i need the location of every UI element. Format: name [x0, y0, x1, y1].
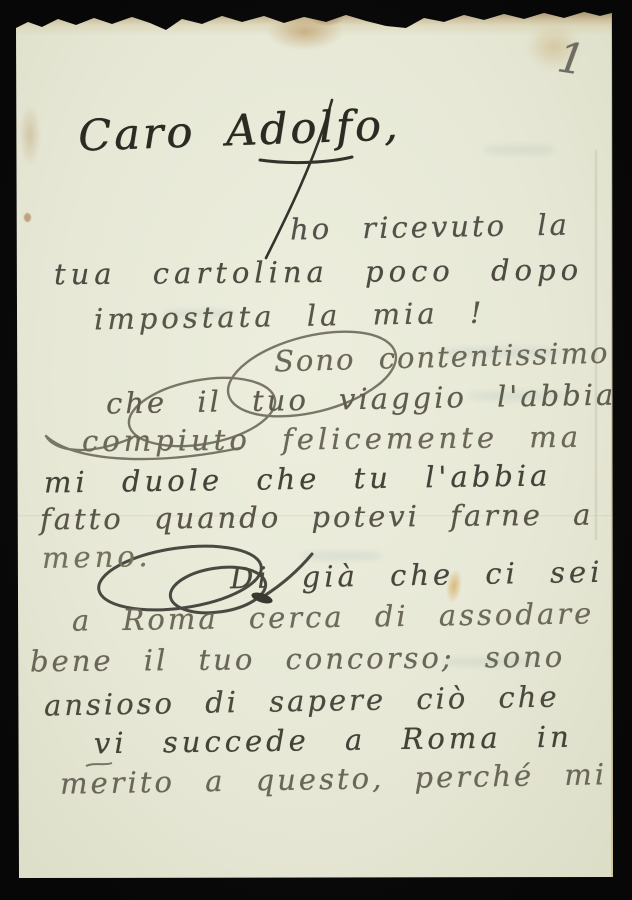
- letter-line: Di già che ci sei: [230, 555, 604, 596]
- letter-line: compiuto felicemente ma: [82, 420, 582, 458]
- letter-line: Sono contentissimo: [274, 336, 610, 379]
- letter-line: ho ricevuto la: [290, 208, 570, 247]
- letter-line: meno.: [42, 539, 152, 575]
- letter-line: vi succede a Roma in: [94, 720, 573, 761]
- letter-line: bene il tuo concorso; sono: [30, 640, 566, 679]
- letter-page: 1 Caro Adolfo, ho ricevuto latua cartoli…: [14, 10, 616, 880]
- photo-background: 1 Caro Adolfo, ho ricevuto latua cartoli…: [0, 0, 632, 900]
- letter-line: a Roma cerca di assodare: [72, 596, 595, 637]
- letter-line: tua cartolina poco dopo: [54, 253, 583, 292]
- letter-line: mi duole che tu l'abbia: [44, 458, 552, 499]
- letter-body: ho ricevuto latua cartolina poco dopoimp…: [14, 10, 616, 880]
- letter-line: impostata la mia !: [94, 296, 486, 337]
- letter-line: ansioso di sapere ciò che: [44, 680, 560, 723]
- letter-line: fatto quando potevi farne a: [40, 498, 594, 537]
- letter-line: merito a questo, perché mi: [60, 757, 608, 801]
- letter-line: che il tuo viaggio l'abbia: [106, 378, 617, 421]
